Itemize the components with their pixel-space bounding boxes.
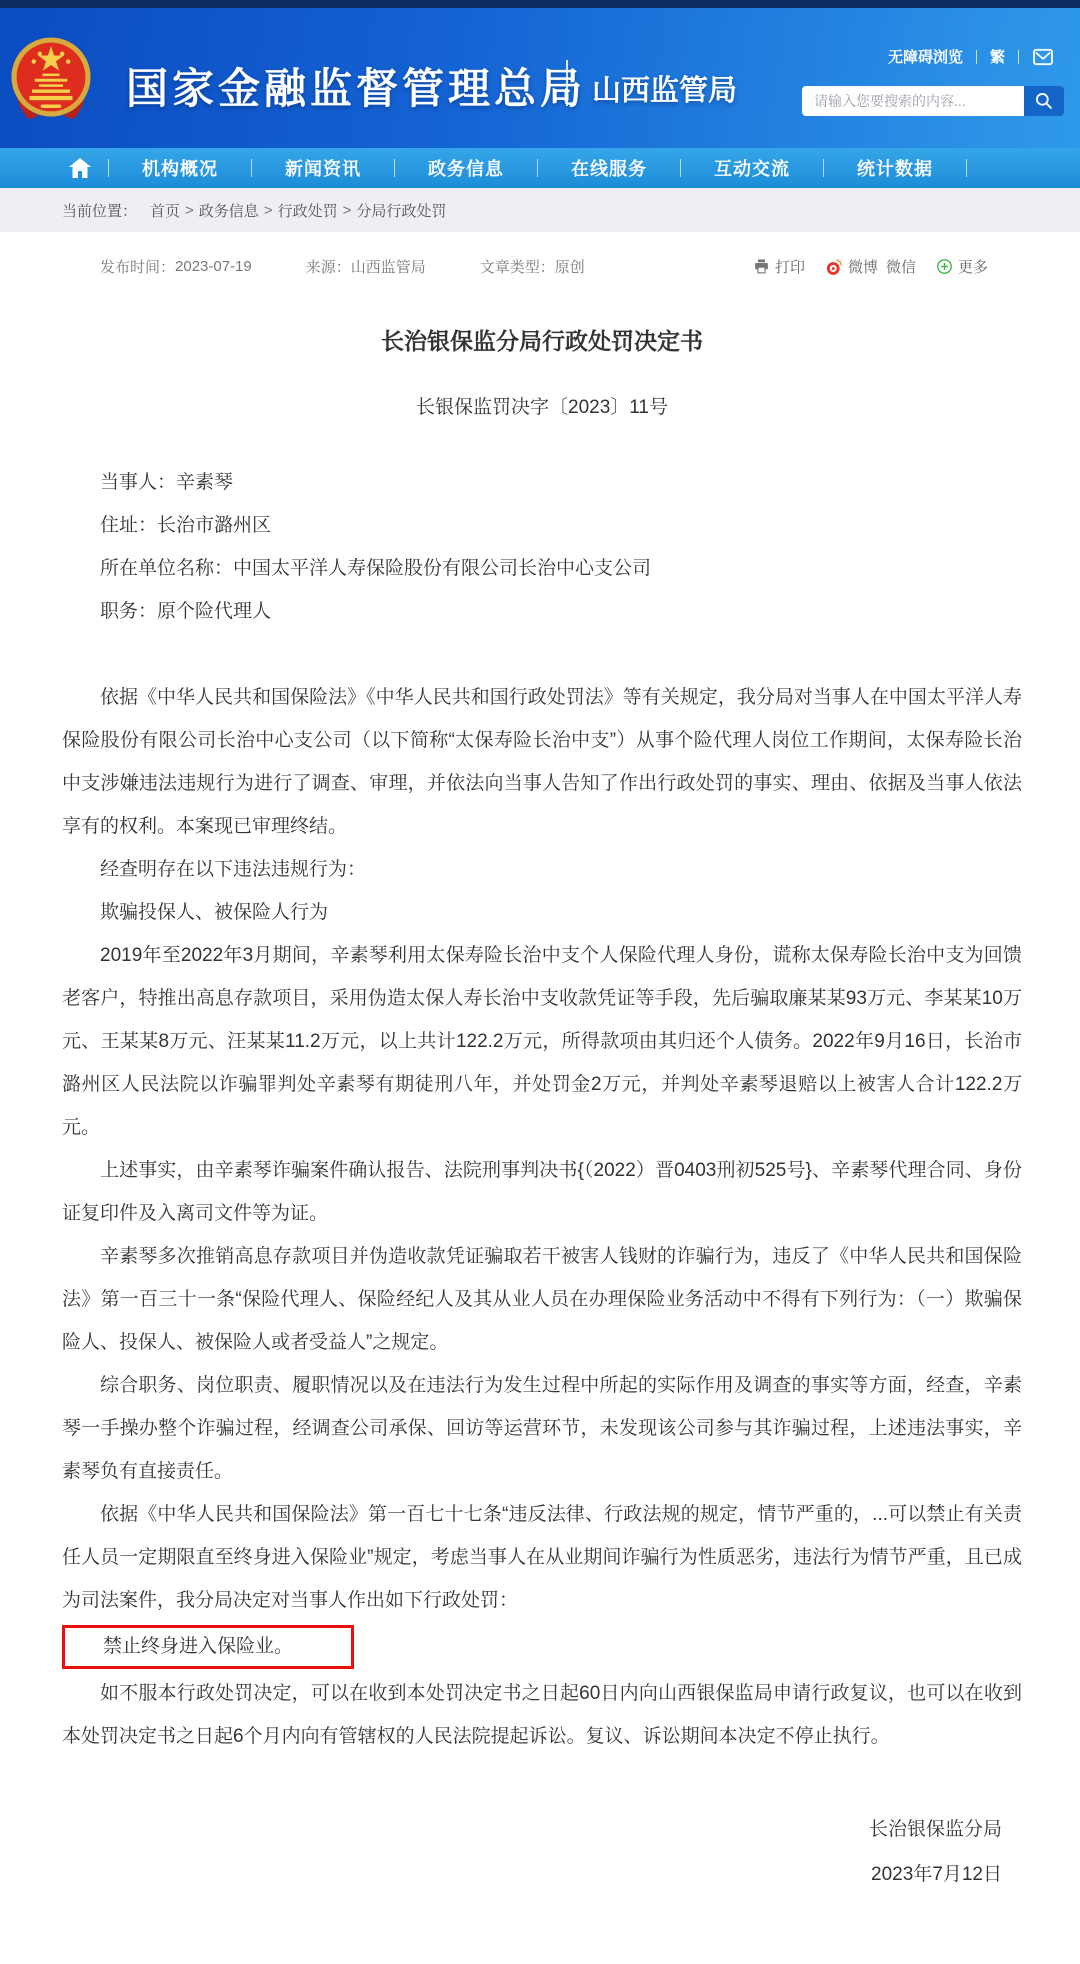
article-page: 发布时间： 2023-07-19 来源： 山西监管局 文章类型： 原创 打印: [0, 256, 1080, 1914]
employer-line: 所在单位名称：中国太平洋人寿保险股份有限公司长治中心支公司: [62, 547, 1022, 590]
printer-icon: [753, 258, 770, 275]
breadcrumb-home[interactable]: 首页: [150, 200, 180, 221]
top-dark-bar: [0, 0, 1080, 8]
appeal-paragraph: 如不服本行政处罚决定，可以在收到本处罚决定书之日起60日内向山西银保监局申请行政…: [62, 1672, 1022, 1758]
nav-item-xinwen[interactable]: 新闻资讯: [252, 155, 394, 181]
mail-icon[interactable]: [1032, 48, 1054, 66]
national-emblem-logo[interactable]: [8, 34, 94, 120]
penalty-text: 禁止终身进入保险业。: [65, 1628, 351, 1666]
paragraph: 依据《中华人民共和国保险法》第一百七十七条“违反法律、行政法规的规定，情节严重的…: [62, 1493, 1022, 1622]
paragraph: 综合职务、岗位职责、履职情况以及在违法行为发生过程中所起的实际作用及调查的事实等…: [62, 1364, 1022, 1493]
source-label: 来源：: [306, 256, 351, 277]
article-title: 长治银保监分局行政处罚决定书: [62, 323, 1022, 356]
paragraph: 2019年至2022年3月期间，辛素琴利用太保寿险长治中支个人保险代理人身份，谎…: [62, 934, 1022, 1149]
penalty-highlight-box: 禁止终身进入保险业。: [62, 1625, 354, 1669]
home-icon[interactable]: [52, 157, 108, 179]
paragraph: 经查明存在以下违法违规行为：: [62, 848, 1022, 891]
paragraph: 上述事实，由辛素琴诈骗案件确认报告、法院刑事判决书{（2022）晋0403刑初5…: [62, 1149, 1022, 1235]
search-button[interactable]: [1024, 86, 1064, 116]
separator: [966, 159, 967, 177]
article-meta-row: 发布时间： 2023-07-19 来源： 山西监管局 文章类型： 原创 打印: [62, 256, 1022, 277]
breadcrumb-separator: >: [343, 202, 352, 219]
site-title[interactable]: 国家金融监督管理总局: [126, 56, 586, 116]
publish-time-value: 2023-07-19: [175, 258, 252, 275]
document-number: 长银保监罚决字〔2023〕11号: [62, 392, 1022, 419]
paragraph: 依据《中华人民共和国保险法》《中华人民共和国行政处罚法》等有关规定，我分局对当事…: [62, 676, 1022, 848]
share-wechat-button[interactable]: 微信: [886, 256, 916, 277]
more-label: 更多: [958, 256, 988, 277]
article-meta-info: 发布时间： 2023-07-19 来源： 山西监管局 文章类型： 原创: [62, 256, 639, 277]
header-title-divider: [566, 60, 568, 106]
wechat-label: 微信: [886, 256, 916, 277]
article-type-value: 原创: [555, 256, 585, 277]
share-weibo-button[interactable]: 微博: [825, 256, 878, 277]
nav-item-hudong[interactable]: 互动交流: [681, 155, 823, 181]
article-body: 当事人：辛素琴 住址：长治市潞州区 所在单位名称：中国太平洋人寿保险股份有限公司…: [62, 461, 1022, 1758]
breadcrumb-separator: >: [264, 202, 273, 219]
position-line: 职务：原个险代理人: [62, 590, 1022, 633]
breadcrumb-separator: >: [185, 202, 194, 219]
search-input[interactable]: [802, 86, 1024, 116]
breadcrumb-label: 当前位置：: [62, 200, 137, 221]
separator: [1018, 50, 1019, 64]
paragraph: 辛素琴多次推销高息存款项目并伪造收款凭证骗取若干被害人钱财的诈骗行为，违反了《中…: [62, 1235, 1022, 1364]
nav-item-zhengwu[interactable]: 政务信息: [395, 155, 537, 181]
bureau-name: 山西监管局: [592, 68, 737, 109]
header-utility-links: 无障碍浏览 繁: [888, 46, 1054, 67]
nav-item-zaixian[interactable]: 在线服务: [538, 155, 680, 181]
search-bar: [802, 86, 1064, 116]
site-header: 国家金融监督管理总局 山西监管局 无障碍浏览 繁: [0, 8, 1080, 148]
signature-date: 2023年7月12日: [62, 1859, 1022, 1886]
accessibility-link[interactable]: 无障碍浏览: [888, 46, 963, 67]
paragraph: 欺骗投保人、被保险人行为: [62, 891, 1022, 934]
breadcrumb-current: 分局行政处罚: [356, 200, 446, 221]
party-line: 当事人：辛素琴: [62, 461, 1022, 504]
traditional-chinese-link[interactable]: 繁: [990, 46, 1005, 67]
national-emblem-icon: [8, 34, 94, 120]
main-nav: 机构概况 新闻资讯 政务信息 在线服务 互动交流 统计数据: [0, 148, 1080, 188]
nav-item-tongji[interactable]: 统计数据: [824, 155, 966, 181]
share-more-button[interactable]: 更多: [936, 256, 988, 277]
address-line: 住址：长治市潞州区: [62, 504, 1022, 547]
breadcrumb-zhengwu[interactable]: 政务信息: [199, 200, 259, 221]
print-button[interactable]: 打印: [753, 256, 805, 277]
breadcrumb: 当前位置： 首页 > 政务信息 > 行政处罚 > 分局行政处罚: [0, 188, 1080, 232]
article-type-label: 文章类型：: [480, 256, 555, 277]
nav-item-jigou[interactable]: 机构概况: [109, 155, 251, 181]
breadcrumb-chufa[interactable]: 行政处罚: [278, 200, 338, 221]
source-value: 山西监管局: [351, 256, 426, 277]
separator: [976, 50, 977, 64]
weibo-label: 微博: [848, 256, 878, 277]
blank-line: [62, 633, 1022, 676]
weibo-icon: [825, 258, 843, 276]
signature-authority: 长治银保监分局: [62, 1814, 1022, 1841]
search-icon: [1034, 91, 1054, 111]
share-actions: 打印 微博 微信 更多: [753, 256, 1022, 277]
plus-circle-icon: [936, 258, 953, 275]
print-label: 打印: [775, 256, 805, 277]
publish-time-label: 发布时间：: [100, 256, 175, 277]
